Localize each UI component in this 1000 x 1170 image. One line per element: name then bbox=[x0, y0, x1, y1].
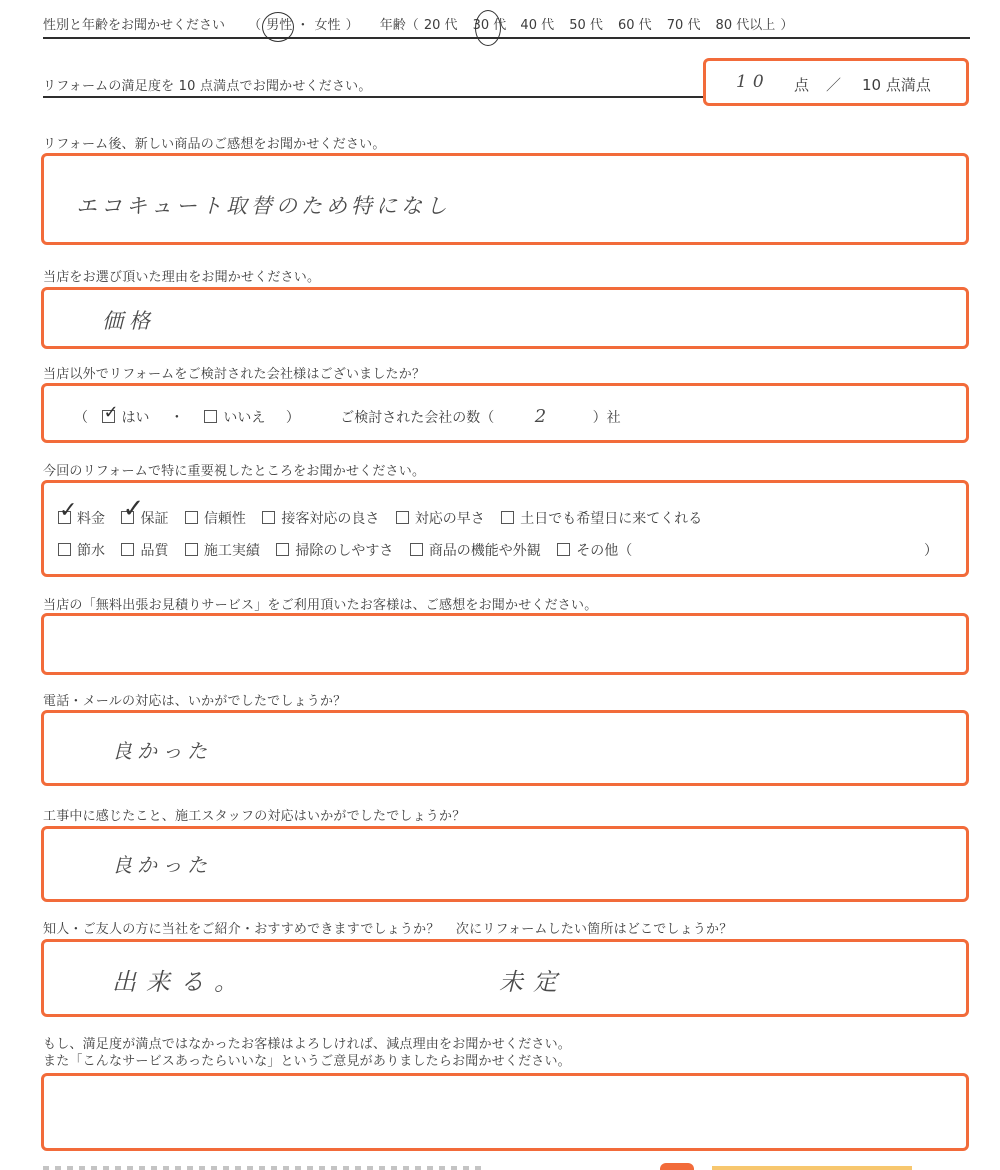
check-mark-icon: ✓ bbox=[103, 402, 118, 423]
priority-option-reliability[interactable]: 信頼性 bbox=[185, 508, 246, 528]
phone-mail-label: 電話・メールの対応は、いかがでしたでしょうか？ bbox=[43, 690, 346, 709]
age-option-40[interactable]: 40 代 bbox=[520, 18, 554, 33]
reason-answer-box[interactable]: 価格 bbox=[41, 287, 969, 349]
estimate-service-answer-box[interactable] bbox=[41, 613, 969, 675]
priority-row-1: ✓料金 ✓保証 信頼性 接客対応の良さ 対応の早さ 土日でも希望日に来てくれる bbox=[58, 508, 714, 528]
checkbox-yes[interactable]: ✓ bbox=[102, 410, 115, 423]
new-product-answer-box[interactable]: エコキュート取替のため特になし bbox=[41, 153, 969, 245]
checkbox[interactable] bbox=[121, 543, 134, 556]
checkbox[interactable] bbox=[276, 543, 289, 556]
paren-open: （ bbox=[74, 410, 88, 426]
footer-logo-cutoff bbox=[660, 1163, 694, 1170]
recommend-label: 知人・ご友人の方に当社をご紹介・おすすめできますでしょうか？ 次にリフォームした… bbox=[43, 918, 732, 937]
score-slash: ／ bbox=[826, 74, 841, 95]
priority-option-weekend[interactable]: 土日でも希望日に来てくれる bbox=[501, 508, 702, 528]
age-option-60[interactable]: 60 代 bbox=[618, 18, 652, 33]
company-count-unit: ）社 bbox=[593, 410, 621, 426]
option-no[interactable]: いいえ bbox=[204, 410, 269, 426]
age-option-70[interactable]: 70 代 bbox=[667, 18, 701, 33]
check-mark-icon: ✓ bbox=[59, 498, 77, 523]
satisfaction-score-value: 10 bbox=[736, 72, 770, 92]
score-max: 10 点満点 bbox=[862, 74, 931, 95]
phone-mail-answer: 良かった bbox=[112, 735, 212, 764]
underline bbox=[43, 37, 970, 39]
priority-option-warranty[interactable]: ✓保証 bbox=[121, 508, 168, 528]
checkbox[interactable] bbox=[501, 511, 514, 524]
age-option-30[interactable]: 30 代 bbox=[473, 18, 511, 33]
construction-answer-box[interactable]: 良かった bbox=[41, 826, 969, 902]
company-count-value[interactable]: 2 bbox=[535, 406, 546, 427]
priority-option-other[interactable]: その他（ bbox=[557, 540, 632, 560]
checkbox[interactable] bbox=[185, 543, 198, 556]
footer-logo-text-cutoff bbox=[712, 1166, 912, 1170]
age-close: ） bbox=[780, 18, 793, 33]
checkbox[interactable] bbox=[410, 543, 423, 556]
priority-option-speed[interactable]: 対応の早さ bbox=[396, 508, 485, 528]
reason-answer: 価格 bbox=[102, 305, 156, 335]
priority-row-2: 節水 品質 施工実績 掃除のしやすさ 商品の機能や外観 その他（ bbox=[58, 540, 644, 560]
priority-answer-box bbox=[41, 480, 969, 577]
checkbox[interactable] bbox=[396, 511, 409, 524]
checkbox[interactable]: ✓ bbox=[121, 511, 134, 524]
checkbox[interactable] bbox=[185, 511, 198, 524]
reason-label: 当店をお選び頂いた理由をお聞かせください。 bbox=[43, 266, 320, 285]
satisfaction-score-box[interactable]: 10 点 ／ 10 点満点 bbox=[703, 58, 969, 106]
next-reform-question: 次にリフォームしたい箇所はどこでしょうか？ bbox=[456, 922, 733, 937]
age-option-50[interactable]: 50 代 bbox=[569, 18, 603, 33]
estimate-service-label: 当店の「無料出張お見積りサービス」をご利用頂いたお客様は、ご感想をお聞かせくださ… bbox=[43, 594, 597, 613]
priority-label: 今回のリフォームで特に重要視したところをお聞かせください。 bbox=[43, 460, 425, 479]
age-label: 年齢（ bbox=[380, 18, 419, 33]
satisfaction-label: リフォームの満足度を 10 点満点でお聞かせください。 bbox=[43, 75, 372, 94]
recommend-answer-box[interactable]: 出来る。 未定 bbox=[41, 939, 969, 1017]
gender-open: （ bbox=[248, 18, 261, 33]
footer-text-cutoff bbox=[43, 1166, 483, 1170]
other-companies-label: 当店以外でリフォームをご検討された会社様はございましたか？ bbox=[43, 363, 425, 382]
construction-answer: 良かった bbox=[112, 849, 212, 878]
construction-label: 工事中に感じたこと、施工スタッフの対応はいかがでしたでしょうか？ bbox=[43, 805, 465, 824]
score-unit: 点 bbox=[794, 74, 809, 95]
recommend-question: 知人・ご友人の方に当社をご紹介・おすすめできますでしょうか？ bbox=[43, 922, 440, 937]
checkbox[interactable] bbox=[262, 511, 275, 524]
gender-sep: ・ bbox=[296, 18, 309, 33]
paren-close: ） bbox=[286, 410, 300, 426]
age-option-20[interactable]: 20 代 bbox=[424, 18, 458, 33]
priority-option-function-look[interactable]: 商品の機能や外観 bbox=[410, 540, 541, 560]
gender-close: ） bbox=[346, 18, 359, 33]
gender-option-female[interactable]: 女性 bbox=[314, 18, 340, 33]
company-count-label: ご検討された会社の数（ bbox=[340, 410, 494, 426]
option-sep: ・ bbox=[170, 410, 184, 426]
priority-option-water-saving[interactable]: 節水 bbox=[58, 540, 105, 560]
gender-option-male[interactable]: 男性 bbox=[266, 18, 296, 33]
priority-option-service[interactable]: 接客対応の良さ bbox=[262, 508, 379, 528]
priority-option-track-record[interactable]: 施工実績 bbox=[185, 540, 260, 560]
check-mark-icon: ✓ bbox=[122, 494, 144, 524]
new-product-answer: エコキュート取替のため特になし bbox=[76, 190, 451, 220]
gender-age-label: 性別と年齢をお聞かせください bbox=[43, 18, 225, 33]
next-reform-answer: 未定 bbox=[499, 962, 567, 997]
checkbox[interactable] bbox=[557, 543, 570, 556]
feedback-label-line2: また「こんなサービスあったらいいな」というご意見がありましたらお聞かせください。 bbox=[43, 1050, 571, 1069]
new-product-label: リフォーム後、新しい商品のご感想をお聞かせください。 bbox=[43, 133, 386, 152]
other-close-paren: ） bbox=[924, 540, 938, 560]
priority-option-price[interactable]: ✓料金 bbox=[58, 508, 105, 528]
feedback-answer-box[interactable] bbox=[41, 1073, 969, 1151]
age-option-80[interactable]: 80 代以上 bbox=[716, 18, 776, 33]
priority-option-quality[interactable]: 品質 bbox=[121, 540, 168, 560]
option-yes[interactable]: ✓はい bbox=[102, 410, 153, 426]
gender-age-row: 性別と年齢をお聞かせください （ 男性 ・ 女性 ） 年齢（ 20 代 30 代… bbox=[43, 14, 970, 36]
recommend-answer: 出来る。 bbox=[112, 962, 248, 997]
priority-option-easy-cleaning[interactable]: 掃除のしやすさ bbox=[276, 540, 393, 560]
underline bbox=[43, 96, 703, 98]
other-companies-answer-box: （ ✓はい ・ いいえ ） ご検討された会社の数（ 2 ）社 bbox=[41, 383, 969, 443]
phone-mail-answer-box[interactable]: 良かった bbox=[41, 710, 969, 786]
checkbox[interactable]: ✓ bbox=[58, 511, 71, 524]
checkbox-no[interactable] bbox=[204, 410, 217, 423]
selection-circle bbox=[475, 10, 501, 46]
checkbox[interactable] bbox=[58, 543, 71, 556]
